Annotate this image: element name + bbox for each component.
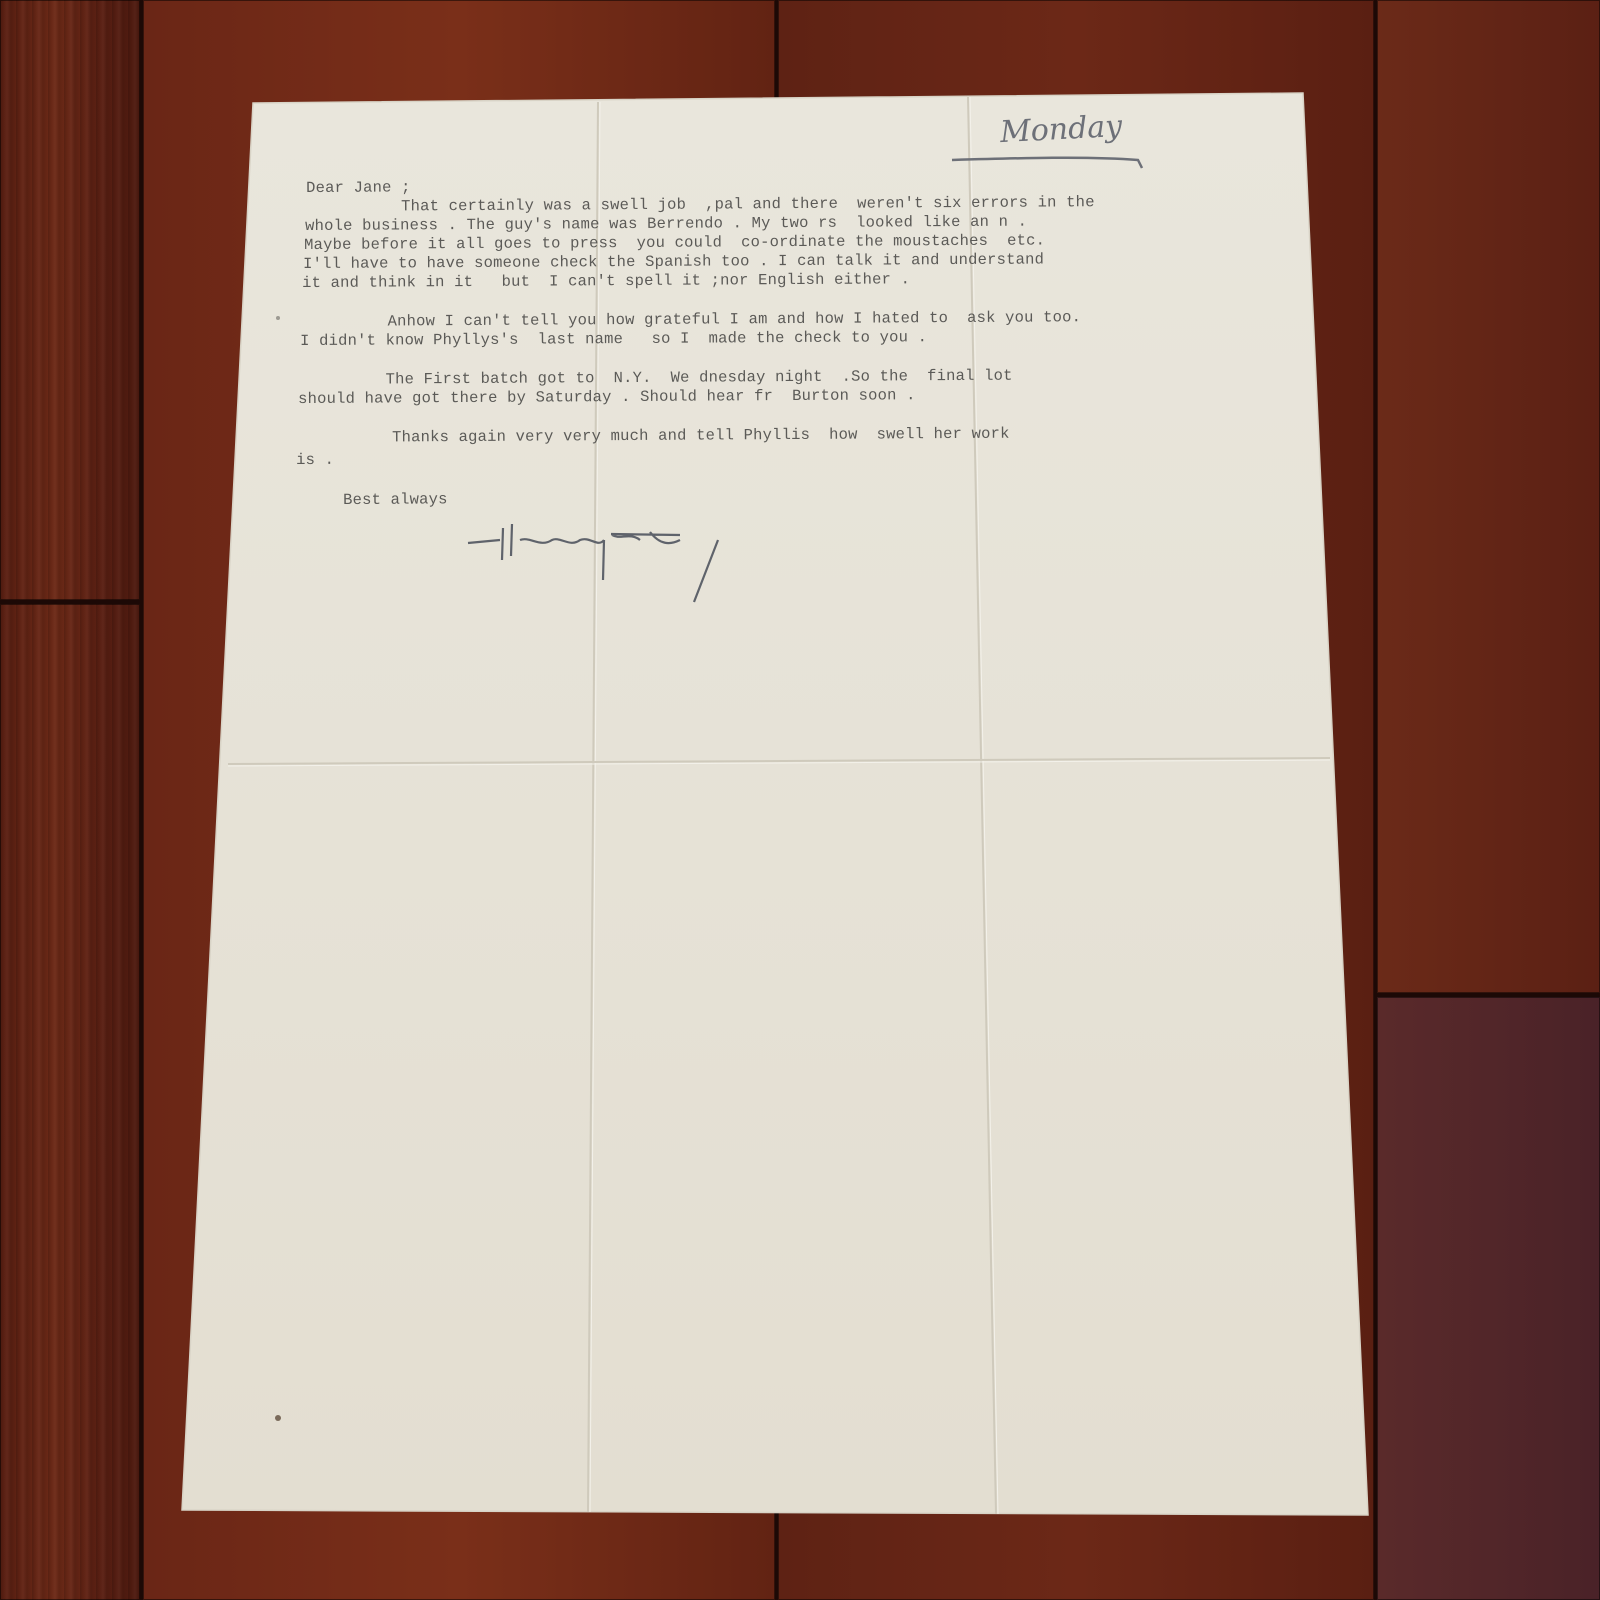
- paragraph-line: I didn't know Phyllys's last name so I m…: [300, 328, 927, 350]
- dateline: Monday: [999, 109, 1123, 150]
- paragraph-line: it and think in it but I can't spell it …: [302, 270, 910, 292]
- paragraph-line: is .: [296, 451, 334, 469]
- paragraph-line: should have got there by Saturday . Shou…: [298, 386, 916, 408]
- closing: Best always: [343, 490, 448, 509]
- letter-sheet: Monday Dear Jane ; That certainly was a …: [0, 0, 1600, 1600]
- salutation: Dear Jane ;: [306, 178, 411, 197]
